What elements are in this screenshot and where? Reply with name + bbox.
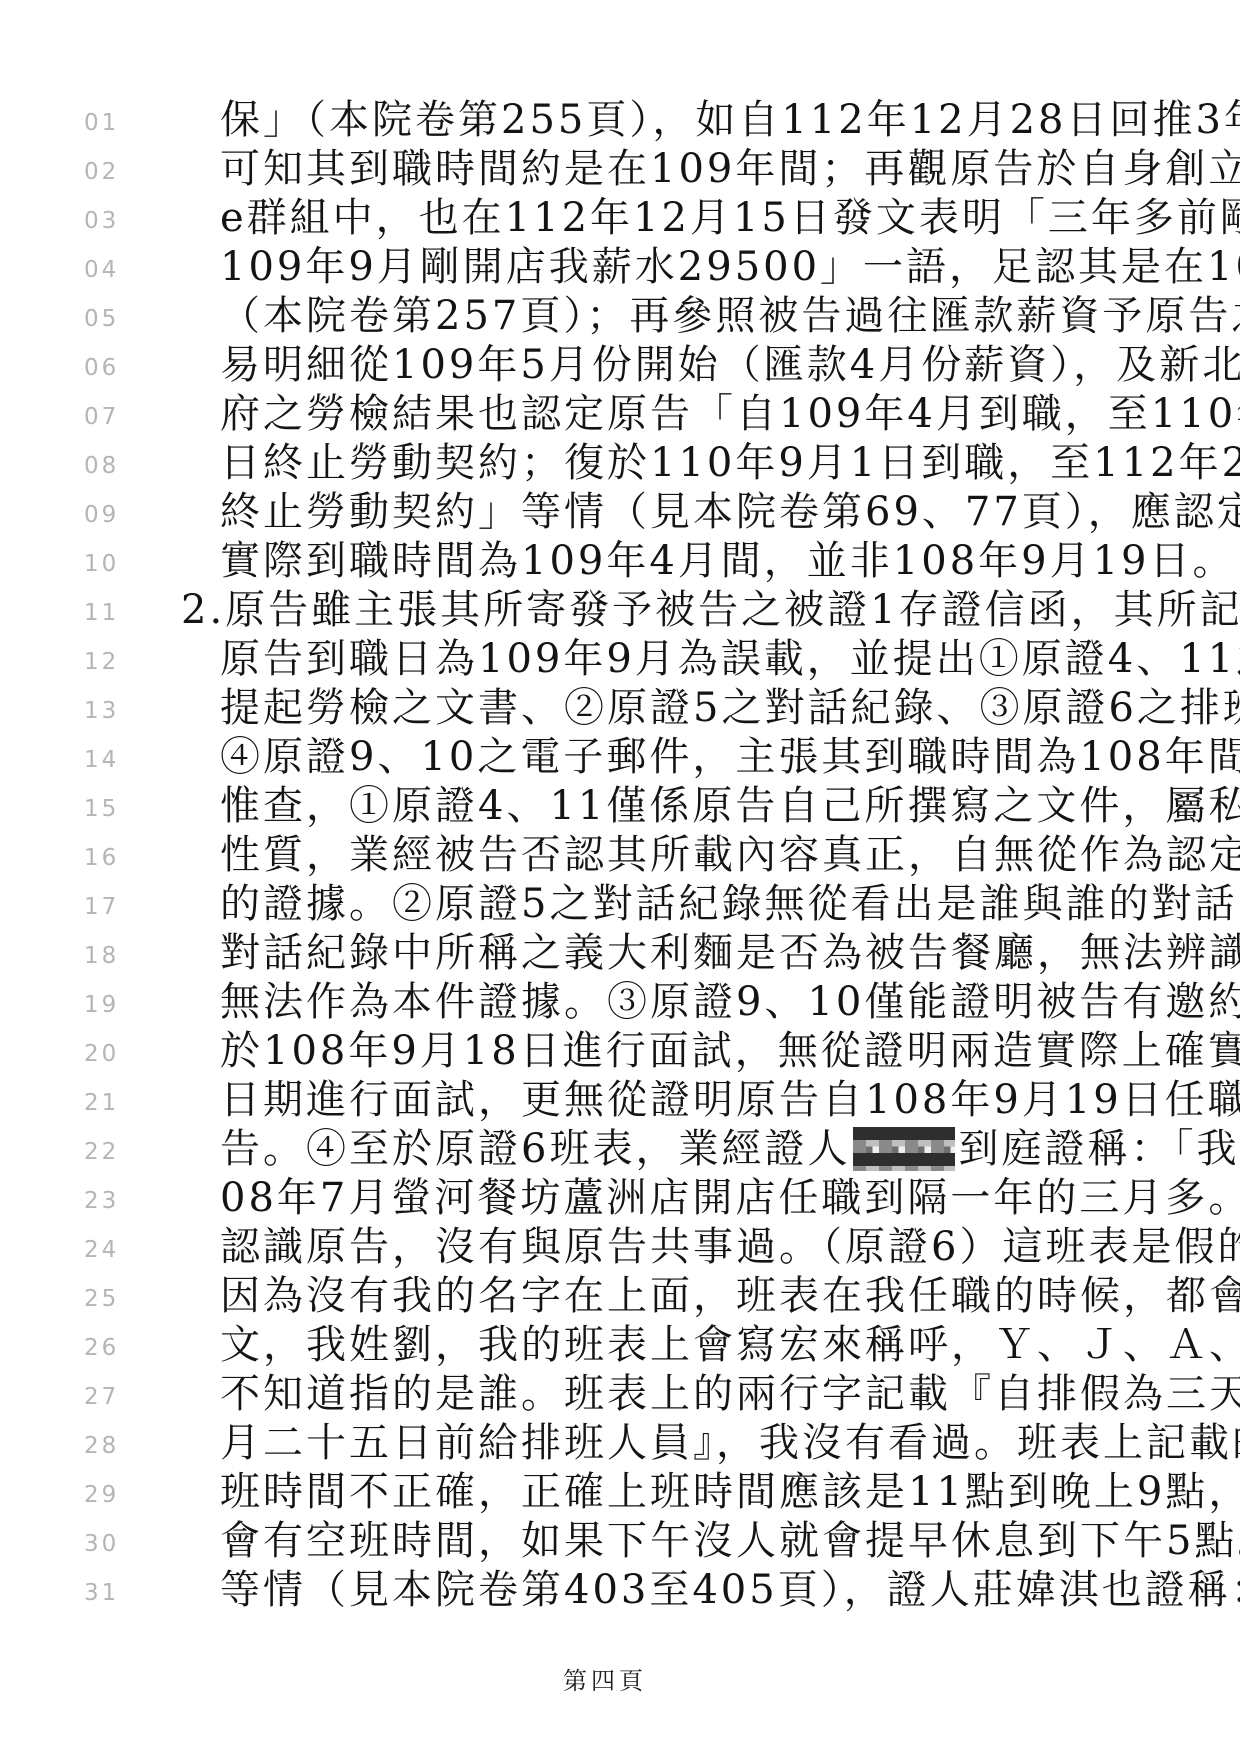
line-number: 21 xyxy=(84,1079,119,1128)
line-text: 對話紀錄中所稱之義大利麵是否為被告餐廳，無法辨識，也 xyxy=(220,929,1240,978)
line-text: 原告到職日為109年9月為誤載，並提出①原證4、11之原告 xyxy=(220,635,1240,684)
document-line: 12原告到職日為109年9月為誤載，並提出①原證4、11之原告 xyxy=(0,635,1240,684)
document-line: 18對話紀錄中所稱之義大利麵是否為被告餐廳，無法辨識，也 xyxy=(0,929,1240,978)
line-number: 30 xyxy=(84,1520,119,1569)
document-line: 02可知其到職時間約是在109年間；再觀原告於自身創立之lin xyxy=(0,145,1240,194)
document-line: 14④原證9、10之電子郵件，主張其到職時間為108年間云云。 xyxy=(0,733,1240,782)
line-number: 31 xyxy=(84,1569,119,1618)
line-number: 28 xyxy=(84,1422,119,1471)
line-number: 08 xyxy=(84,442,119,491)
line-text: 109年9月剛開店我薪水29500」一語，足認其是在109年任職 xyxy=(220,243,1240,292)
document-line: 17的證據。②原證5之對話紀錄無從看出是誰與誰的對話，其 xyxy=(0,880,1240,929)
document-line: 19無法作為本件證據。③原證9、10僅能證明被告有邀約原告 xyxy=(0,978,1240,1027)
document-line: 26文，我姓劉，我的班表上會寫宏來稱呼，Ｙ、Ｊ、Ａ、Ｐ我 xyxy=(0,1321,1240,1370)
document-line: 15惟查，①原證4、11僅係原告自己所撰寫之文件，屬私文書 xyxy=(0,782,1240,831)
line-number: 10 xyxy=(84,540,119,589)
line-text: e群組中，也在112年12月15日發文表明「三年多前剛開店， xyxy=(220,194,1240,243)
line-number: 03 xyxy=(84,197,119,246)
line-number: 11 xyxy=(84,589,119,638)
line-text-segment: 到庭證稱：「我從1 xyxy=(958,1126,1240,1172)
line-text: 提起勞檢之文書、②原證5之對話紀錄、③原證6之排班表、 xyxy=(220,684,1240,733)
document-line: 30會有空班時間，如果下午沒人就會提早休息到下午5點。」 xyxy=(0,1517,1240,1566)
line-number: 02 xyxy=(84,148,119,197)
line-number: 29 xyxy=(84,1471,119,1520)
line-number: 12 xyxy=(84,638,119,687)
document-line: 13提起勞檢之文書、②原證5之對話紀錄、③原證6之排班表、 xyxy=(0,684,1240,733)
line-text: 無法作為本件證據。③原證9、10僅能證明被告有邀約原告 xyxy=(220,978,1240,1027)
line-text: 等情（見本院卷第403至405頁），證人莊媁淇也證稱： xyxy=(220,1566,1240,1615)
line-text: 性質，業經被告否認其所載內容真正，自無從作為認定事實 xyxy=(220,831,1240,880)
line-text: 實際到職時間為109年4月間，並非108年9月19日。 xyxy=(220,537,1236,586)
document-line: 24認識原告，沒有與原告共事過。（原證6）這班表是假的， xyxy=(0,1223,1240,1272)
line-text: 日終止勞動契約；復於110年9月1日到職，至112年2月20日 xyxy=(220,439,1240,488)
line-text: 認識原告，沒有與原告共事過。（原證6）這班表是假的， xyxy=(220,1223,1240,1272)
line-number: 20 xyxy=(84,1030,119,1079)
document-line: 06易明細從109年5月份開始（匯款4月份薪資），及新北市政 xyxy=(0,341,1240,390)
line-text: 府之勞檢結果也認定原告「自109年4月到職，至110年5月31 xyxy=(220,390,1240,439)
document-line: 20於108年9月18日進行面試，無從證明兩造實際上確實於上開 xyxy=(0,1027,1240,1076)
line-number: 01 xyxy=(84,99,119,148)
line-number: 19 xyxy=(84,981,119,1030)
document-line: 25因為沒有我的名字在上面，班表在我任職的時候，都會寫中 xyxy=(0,1272,1240,1321)
line-text: 的證據。②原證5之對話紀錄無從看出是誰與誰的對話，其 xyxy=(220,880,1240,929)
document-line: 08日終止勞動契約；復於110年9月1日到職，至112年2月20日 xyxy=(0,439,1240,488)
redacted-witness-name-block xyxy=(853,1127,955,1171)
line-text: 08年7月螢河餐坊蘆洲店開店任職到隔一年的三月多。我不 xyxy=(220,1174,1240,1223)
line-text: 文，我姓劉，我的班表上會寫宏來稱呼，Ｙ、Ｊ、Ａ、Ｐ我 xyxy=(220,1321,1240,1370)
line-text: 日期進行面試，更無從證明原告自108年9月19日任職於被 xyxy=(220,1076,1240,1125)
line-number: 04 xyxy=(84,246,119,295)
document-line: 05（本院卷第257頁）；再參照被告過往匯款薪資予原告之交 xyxy=(0,292,1240,341)
line-text: 於108年9月18日進行面試，無從證明兩造實際上確實於上開 xyxy=(220,1027,1240,1076)
document-line: 21日期進行面試，更無從證明原告自108年9月19日任職於被 xyxy=(0,1076,1240,1125)
line-text: 會有空班時間，如果下午沒人就會提早休息到下午5點。」 xyxy=(220,1517,1240,1566)
line-number: 17 xyxy=(84,883,119,932)
line-number: 27 xyxy=(84,1373,119,1422)
line-number: 25 xyxy=(84,1275,119,1324)
line-number: 26 xyxy=(84,1324,119,1373)
text-body: 01保」（本院卷第255頁），如自112年12月28日回推3年半，02可知其到職… xyxy=(0,96,1240,1615)
line-number: 23 xyxy=(84,1177,119,1226)
line-number: 06 xyxy=(84,344,119,393)
line-text: 保」（本院卷第255頁），如自112年12月28日回推3年半， xyxy=(220,96,1240,145)
document-line: 01保」（本院卷第255頁），如自112年12月28日回推3年半， xyxy=(0,96,1240,145)
document-line: 112.原告雖主張其所寄發予被告之被證1存證信函，其所記載之 xyxy=(0,586,1240,635)
document-line: 10實際到職時間為109年4月間，並非108年9月19日。 xyxy=(0,537,1240,586)
document-line: 07府之勞檢結果也認定原告「自109年4月到職，至110年5月31 xyxy=(0,390,1240,439)
line-text: 班時間不正確，正確上班時間應該是11點到晚上9點，中間 xyxy=(220,1468,1240,1517)
line-number: 09 xyxy=(84,491,119,540)
line-text: 2.原告雖主張其所寄發予被告之被證1存證信函，其所記載之 xyxy=(181,586,1240,635)
line-text: ④原證9、10之電子郵件，主張其到職時間為108年間云云。 xyxy=(220,733,1240,782)
line-number: 16 xyxy=(84,834,119,883)
line-text: （本院卷第257頁）；再參照被告過往匯款薪資予原告之交 xyxy=(220,292,1240,341)
document-line: 22告。④至於原證6班表，業經證人到庭證稱：「我從1 xyxy=(0,1125,1240,1174)
line-text-segment: 告。④至於原證6班表，業經證人 xyxy=(220,1126,850,1172)
document-line: 03e群組中，也在112年12月15日發文表明「三年多前剛開店， xyxy=(0,194,1240,243)
line-number: 14 xyxy=(84,736,119,785)
line-number: 07 xyxy=(84,393,119,442)
document-line: 31等情（見本院卷第403至405頁），證人莊媁淇也證稱： xyxy=(0,1566,1240,1615)
line-text: 終止勞動契約」等情（見本院卷第69、77頁），應認定原告 xyxy=(220,488,1240,537)
line-text: 惟查，①原證4、11僅係原告自己所撰寫之文件，屬私文書 xyxy=(220,782,1240,831)
line-text: 因為沒有我的名字在上面，班表在我任職的時候，都會寫中 xyxy=(220,1272,1240,1321)
line-number: 22 xyxy=(84,1128,119,1177)
line-text: 告。④至於原證6班表，業經證人到庭證稱：「我從1 xyxy=(220,1125,1240,1174)
line-number: 24 xyxy=(84,1226,119,1275)
document-page: 01保」（本院卷第255頁），如自112年12月28日回推3年半，02可知其到職… xyxy=(0,0,1240,1755)
line-number: 05 xyxy=(84,295,119,344)
page-footer: 第四頁 xyxy=(563,1666,647,1696)
line-number: 18 xyxy=(84,932,119,981)
document-line: 2308年7月螢河餐坊蘆洲店開店任職到隔一年的三月多。我不 xyxy=(0,1174,1240,1223)
line-text: 不知道指的是誰。班表上的兩行字記載『自排假為三天，每 xyxy=(220,1370,1240,1419)
document-line: 04109年9月剛開店我薪水29500」一語，足認其是在109年任職 xyxy=(0,243,1240,292)
document-line: 27不知道指的是誰。班表上的兩行字記載『自排假為三天，每 xyxy=(0,1370,1240,1419)
document-line: 29班時間不正確，正確上班時間應該是11點到晚上9點，中間 xyxy=(0,1468,1240,1517)
document-line: 09終止勞動契約」等情（見本院卷第69、77頁），應認定原告 xyxy=(0,488,1240,537)
line-number: 15 xyxy=(84,785,119,834)
line-number: 13 xyxy=(84,687,119,736)
line-text: 月二十五日前給排班人員』，我沒有看過。班表上記載的上 xyxy=(220,1419,1240,1468)
document-line: 16性質，業經被告否認其所載內容真正，自無從作為認定事實 xyxy=(0,831,1240,880)
line-text: 可知其到職時間約是在109年間；再觀原告於自身創立之lin xyxy=(220,145,1240,194)
line-text: 易明細從109年5月份開始（匯款4月份薪資），及新北市政 xyxy=(220,341,1240,390)
document-line: 28月二十五日前給排班人員』，我沒有看過。班表上記載的上 xyxy=(0,1419,1240,1468)
